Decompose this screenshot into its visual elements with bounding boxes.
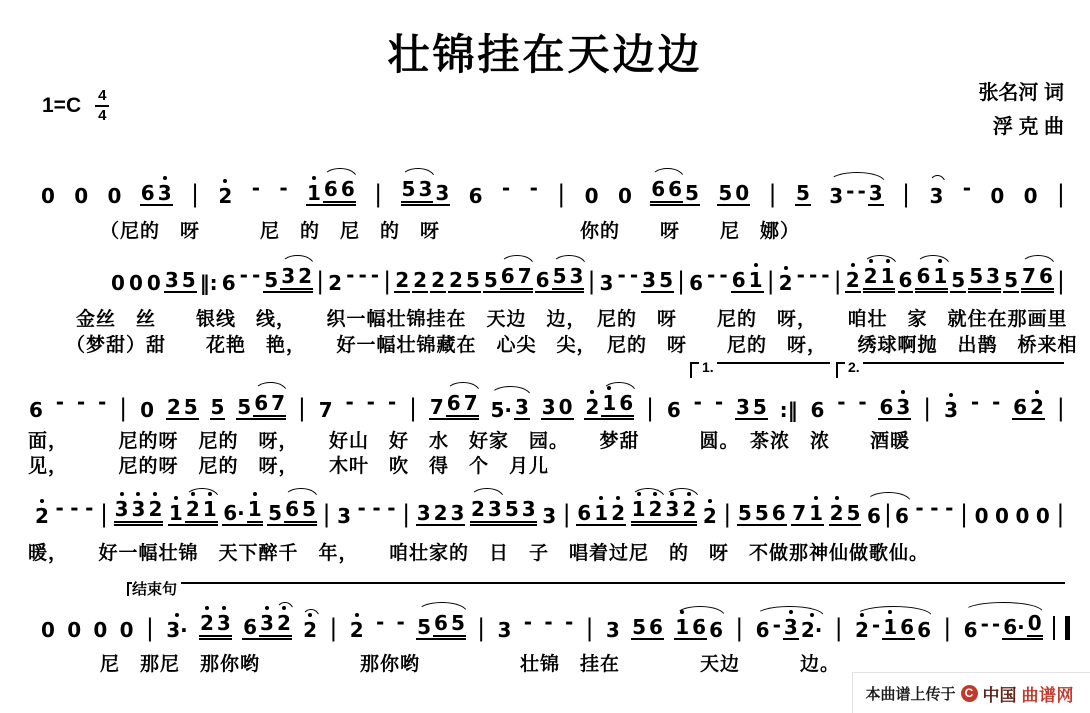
note: 3 (514, 397, 530, 417)
note: 0 (40, 186, 56, 206)
barline: | (373, 183, 383, 206)
note: 0 (994, 506, 1010, 526)
note: 5 (754, 503, 770, 523)
note: 1 (674, 617, 690, 637)
beam-underline: 567 (483, 266, 533, 293)
slur-group: 65 (284, 499, 317, 523)
beam-underline: 565 (267, 499, 317, 526)
note-group: 67 (253, 393, 286, 413)
note: 2 (584, 397, 600, 417)
note: 0 (92, 620, 108, 640)
note: - (375, 612, 385, 632)
note: 6 (618, 393, 634, 413)
note-group: 21 (185, 499, 218, 519)
note: 7 (318, 400, 334, 420)
note: - (629, 265, 639, 285)
composer-credit: 浮 克 曲 (978, 110, 1064, 144)
note: 5 (795, 183, 811, 203)
note: 0 (1027, 613, 1043, 633)
octave-dot (1035, 390, 1039, 394)
slur-group: 3 (928, 186, 944, 206)
note: 3 (416, 503, 432, 523)
note-group: 5·3 (489, 397, 529, 421)
note-group: 25 (829, 503, 862, 523)
note: - (251, 178, 261, 198)
beam-underline: 23 (199, 613, 232, 640)
note: 1 (202, 499, 218, 519)
note: 3 (985, 266, 1001, 286)
octave-dot (938, 259, 942, 263)
note: - (991, 392, 1001, 412)
note: 6 (771, 503, 787, 523)
note: 2 (648, 499, 664, 519)
note: 1 (748, 270, 764, 290)
note: 7 (270, 393, 286, 413)
octave-dot (120, 492, 124, 496)
barline: | (585, 617, 595, 640)
watermark-text: 本曲谱上传于 (865, 683, 955, 704)
beam-underline: 2 (430, 270, 446, 294)
note-group: 567 (483, 266, 533, 290)
note: 0 (110, 273, 126, 293)
music-line-5: 0000|3·236322|2--565|3---|356166|6-32·|2… (40, 610, 1070, 640)
barline: | (959, 503, 969, 526)
site-name-part2: 曲谱网 (1022, 681, 1075, 706)
note: 2 (297, 266, 313, 286)
beam-underline: 63 (878, 397, 911, 421)
beam-underline: 0 (1027, 613, 1043, 637)
note: - (772, 615, 782, 635)
note: 3 (895, 397, 911, 417)
beam-underline: 2 (412, 270, 428, 294)
ending-phrase-bracket: 结束句 (127, 582, 1065, 596)
credits: 张名河 词 浮 克 曲 (978, 76, 1064, 144)
slur-group: 66 (650, 179, 683, 203)
note-group: 16 (601, 393, 634, 413)
octave-dot (949, 393, 953, 397)
barline: :‖ (779, 400, 799, 420)
note-group: 30 (541, 397, 574, 417)
note: 2 (829, 503, 845, 523)
note-group: 53 (968, 266, 1001, 286)
key-signature: 1=C (42, 94, 81, 118)
note: 6 (898, 270, 914, 290)
note: 3 (487, 499, 503, 519)
slur-group: 2-166 (854, 617, 932, 641)
note: 2 (863, 266, 879, 286)
note: - (345, 265, 355, 285)
octave-dot (789, 610, 793, 614)
octave-dot (886, 259, 890, 263)
note: 1 (631, 499, 647, 519)
beam-underline: 71 (791, 503, 824, 527)
note: 5 (465, 270, 481, 290)
note-group: 166 (674, 617, 724, 641)
barline: | (99, 503, 109, 526)
note-group: 6--6·0 (963, 613, 1043, 640)
note-group: 12 (631, 499, 664, 519)
beam-underline: 67 (500, 266, 533, 290)
note: 6 (446, 393, 462, 413)
beam-underline: 16 (674, 617, 707, 641)
barline: | (476, 617, 486, 640)
note: 2 (702, 506, 718, 526)
octave-dot (901, 390, 905, 394)
octave-dot (355, 613, 359, 617)
note: - (357, 498, 367, 518)
barline: | (883, 503, 893, 526)
barline: | (556, 183, 566, 206)
beam-underline: 121 (168, 499, 218, 526)
slur-group: 53 (401, 179, 434, 203)
note: - (523, 612, 533, 632)
beam-underline: 556 (737, 503, 787, 527)
slur-group: 67 (446, 393, 479, 417)
note: 1 (593, 503, 609, 523)
beam-underline: 3 (868, 183, 884, 207)
barline: | (834, 617, 844, 640)
note: 6 (755, 620, 771, 640)
beam-underline: 216 (584, 393, 634, 420)
volta-bracket-1: 1. (690, 362, 830, 378)
beam-underline: 67 (253, 393, 286, 417)
note: - (55, 392, 65, 412)
beam-underline: 65 (433, 613, 466, 637)
note-group: 76 (1021, 266, 1054, 286)
note: 3 (114, 499, 130, 519)
slur-group: 5·3 (489, 397, 529, 421)
note-group: 121 (168, 499, 218, 523)
note: 2 (448, 270, 464, 290)
octave-dot (653, 492, 657, 496)
slur-group: 2 (302, 620, 318, 640)
beam-underline: 25 (448, 270, 481, 294)
note-group: 565 (416, 613, 466, 637)
note: 6 (878, 397, 894, 417)
beam-underline: 6·0 (1002, 613, 1042, 640)
note: 6 (1038, 266, 1054, 286)
note-group: 6 (898, 270, 914, 290)
note-group: 53 (552, 266, 585, 286)
note: 0 (128, 273, 144, 293)
slur-group: 12 (631, 499, 664, 519)
octave-dot (680, 610, 684, 614)
note: 5 (845, 503, 861, 523)
note: 1 (882, 617, 898, 637)
beam-underline: 323 (416, 503, 466, 527)
note-group: 532 (263, 266, 313, 290)
octave-dot (175, 613, 179, 617)
note-group: 653 (535, 266, 585, 290)
lyrics-line: 面， 尼的呀 尼的 呀， 好山 好 水 好家 园。 梦甜 圆。 茶浓 浓 酒暖 (28, 426, 910, 453)
note: 7 (791, 503, 807, 523)
note: 3 (541, 397, 557, 417)
note: 0 (1014, 506, 1030, 526)
note-group: 67 (446, 393, 479, 413)
note: 6 (535, 270, 551, 290)
note-group: 16 (882, 617, 915, 637)
time-signature-denominator: 4 (98, 107, 106, 124)
note: 0 (617, 186, 633, 206)
note: - (501, 178, 511, 198)
note-group: 556 (737, 503, 787, 523)
octave-dot (616, 496, 620, 500)
note: - (845, 181, 855, 201)
beam-underline: 23 (199, 613, 232, 637)
note: 3 (417, 179, 433, 199)
octave-dot (835, 496, 839, 500)
music-line-4: 2---|3321216·1565|3---|32323533|61212322… (34, 496, 1066, 526)
note: - (529, 178, 539, 198)
note-group: 3 (928, 186, 944, 206)
note: 2 (199, 613, 215, 633)
note-group: 63 (878, 397, 911, 417)
slur-group: 67 (500, 266, 533, 290)
note: 6 (253, 393, 269, 413)
beam-underline: 653 (535, 266, 585, 293)
note: 5 (483, 270, 499, 290)
barline: | (297, 397, 307, 420)
slur-group: 61 (915, 266, 948, 293)
note: 5 (552, 266, 568, 286)
note-group: 61 (915, 266, 948, 286)
octave-dot (637, 492, 641, 496)
barline: | (1056, 270, 1066, 293)
note: - (371, 498, 381, 518)
slur-group: 166 (674, 617, 724, 641)
volta-1-label: 1. (699, 360, 717, 374)
beam-underline: 632 (242, 613, 292, 640)
note: 5 (631, 617, 647, 637)
octave-dot (708, 499, 712, 503)
note-group: 66 (650, 179, 683, 199)
beam-underline: 2353 (470, 499, 537, 523)
note: 3 (943, 400, 959, 420)
note: 3 (164, 270, 180, 290)
note: 5· (489, 400, 513, 420)
note-group: 3 (514, 397, 530, 417)
note: 6 (28, 400, 44, 420)
beam-underline: 5 (1003, 270, 1019, 294)
lyrics-line: 尼 那尼 那你哟 那你哟 壮锦 挂在 天边 边。 (100, 649, 840, 676)
note-group: 6·0 (1002, 613, 1042, 637)
note: 5 (301, 499, 317, 519)
music-line-2: 00035‖:6--532|2---|22225567653|3--35|6--… (110, 263, 1066, 293)
note: 6 (433, 613, 449, 633)
beam-underline: 30 (541, 397, 574, 421)
note: 5 (183, 397, 199, 417)
note: 7 (517, 266, 533, 286)
note: - (808, 265, 818, 285)
note: 7 (1021, 266, 1037, 286)
slur-group: 3--3 (828, 183, 883, 207)
ending-phrase-label: 结束句 (132, 582, 181, 599)
note: 6 (894, 506, 910, 526)
note: - (706, 265, 716, 285)
beam-underline: 66 (323, 179, 356, 203)
note: 7 (463, 393, 479, 413)
note: 6 (648, 617, 664, 637)
note: 0 (139, 400, 155, 420)
note: - (370, 265, 380, 285)
note: 0 (146, 273, 162, 293)
note: - (820, 265, 830, 285)
beam-underline: 567 (236, 393, 286, 420)
note-group: 166 (306, 179, 356, 203)
note: 6 (221, 273, 237, 293)
beam-underline: 32 (280, 266, 313, 290)
note-group: 23 (199, 613, 232, 633)
note-group: 21 (863, 266, 896, 286)
note: - (718, 265, 728, 285)
beam-underline: 65 (284, 499, 317, 523)
beam-underline: 5 (795, 183, 811, 207)
beam-underline: 16 (601, 393, 634, 417)
octave-dot (191, 492, 195, 496)
beam-underline: 2353 (470, 499, 537, 526)
barline: | (190, 183, 200, 206)
note-group: 35 (641, 270, 674, 290)
music-line-1: 00063|2--166|5336--|0066550|53--3|3-00| (40, 176, 1066, 206)
volta-bracket-2: 2. (836, 362, 1064, 378)
note: 3 (541, 506, 557, 526)
note: - (543, 612, 553, 632)
beam-underline: 76 (1021, 266, 1054, 290)
slur-group: 6|6 (866, 503, 910, 526)
note: 6 (242, 617, 258, 637)
note: 2 (185, 499, 201, 519)
note-group: 32 (280, 266, 313, 286)
octave-dot (814, 496, 818, 500)
upload-watermark: 本曲谱上传于 C 中国 曲谱网 (852, 672, 1090, 713)
barline: | (676, 270, 686, 293)
barline: | (833, 270, 843, 293)
note: 1 (808, 503, 824, 523)
note: 3 (569, 266, 585, 286)
note: 3 (336, 506, 352, 526)
note: 0 (107, 186, 123, 206)
note: - (944, 498, 954, 518)
note: 3 (434, 183, 450, 203)
time-signature-numerator: 4 (95, 88, 109, 107)
note: 5 (263, 270, 279, 290)
note: 2 (1029, 397, 1045, 417)
note: - (76, 392, 86, 412)
note: 2 (147, 499, 163, 519)
octave-dot (754, 263, 758, 267)
sheet-music-page: 壮锦挂在天边边 1=C 4 4 张名河 词 浮 克 曲 00063|2--166… (0, 0, 1090, 713)
note: 6 (899, 617, 915, 637)
barline: | (382, 270, 392, 293)
slur-group: 53 (552, 266, 585, 290)
note: 2 (34, 506, 50, 526)
barline: | (1055, 503, 1065, 526)
octave-dot (253, 492, 257, 496)
note: 2 (394, 270, 410, 290)
note: 6 (666, 400, 682, 420)
barline: | (766, 270, 776, 293)
beam-underline: 532 (263, 266, 313, 293)
beam-underline: 1232 (631, 499, 698, 523)
note: 6 (708, 620, 724, 640)
octave-dot (860, 613, 864, 617)
barline: | (408, 397, 418, 420)
note-group: 61 (731, 270, 764, 290)
note-group: 23 (470, 499, 503, 519)
note: 2 (349, 620, 365, 640)
note: 0 (66, 620, 82, 640)
note: 6 (650, 179, 666, 199)
lyrics-line: 金丝 丝 银线 线， 织一幅壮锦挂在 天边 边， 尼的 呀 尼的 呀， 咱壮 家… (76, 304, 1068, 331)
slur-group: 2 (276, 613, 292, 633)
note-group: 665 (650, 179, 700, 203)
note-group: 66 (323, 179, 356, 199)
barline: | (922, 397, 932, 420)
note-group: 5 (210, 397, 226, 417)
note: - (836, 392, 846, 412)
beam-underline: 6 (898, 270, 914, 294)
beam-underline: 35 (164, 270, 197, 294)
note: 2 (845, 270, 861, 290)
note: 3 (157, 183, 173, 203)
beam-underline: 61 (731, 270, 764, 294)
note: - (616, 265, 626, 285)
note: 5 (1003, 270, 1019, 290)
note-group: 1 (247, 499, 263, 519)
note: 0 (1023, 186, 1039, 206)
note-group: 35 (735, 397, 768, 417)
note: 6 (323, 179, 339, 199)
note: 5 (210, 397, 226, 417)
beam-underline: 21 (863, 266, 896, 293)
note-group: 56 (631, 617, 664, 637)
note: - (396, 612, 406, 632)
music-line-3: 6---|0255567|7---|7675·330216|6--35:‖6--… (28, 390, 1066, 420)
beam-underline: 66 (650, 179, 683, 203)
note-group: 50 (717, 183, 750, 203)
note: 2 (217, 186, 233, 206)
beam-underline: 56 (631, 617, 664, 641)
barline: | (145, 617, 155, 640)
note: 7 (429, 397, 445, 417)
note: 6 (731, 270, 747, 290)
note: - (97, 392, 107, 412)
beam-underline: 5 (210, 397, 226, 421)
note: 2 (166, 397, 182, 417)
note: 3 (783, 617, 799, 637)
note: 0 (1035, 506, 1051, 526)
slur-group: 6-32· (755, 617, 824, 641)
note: 3 (928, 186, 944, 206)
note: 6 (284, 499, 300, 519)
lyrics-line: 暖， 好一幅壮锦 天下醉千 年， 咱壮家的 日 子 唱着过尼 的 呀 不做那神仙… (28, 538, 929, 565)
barline: | (118, 397, 128, 420)
note-group: 612 (576, 503, 626, 523)
note: - (714, 392, 724, 412)
note: - (796, 265, 806, 285)
beam-underline: 332 (114, 499, 164, 526)
note-group: 2-166 (854, 617, 932, 641)
note-group: 3 (868, 183, 884, 203)
note: 3 (735, 397, 751, 417)
octave-dot (851, 263, 855, 267)
note-group: 5 (795, 183, 811, 203)
note: 2 (327, 273, 343, 293)
note-group: 2353 (470, 499, 537, 519)
beam-underline: 25 (829, 503, 862, 527)
slur-arc (490, 386, 531, 396)
note: - (970, 392, 980, 412)
